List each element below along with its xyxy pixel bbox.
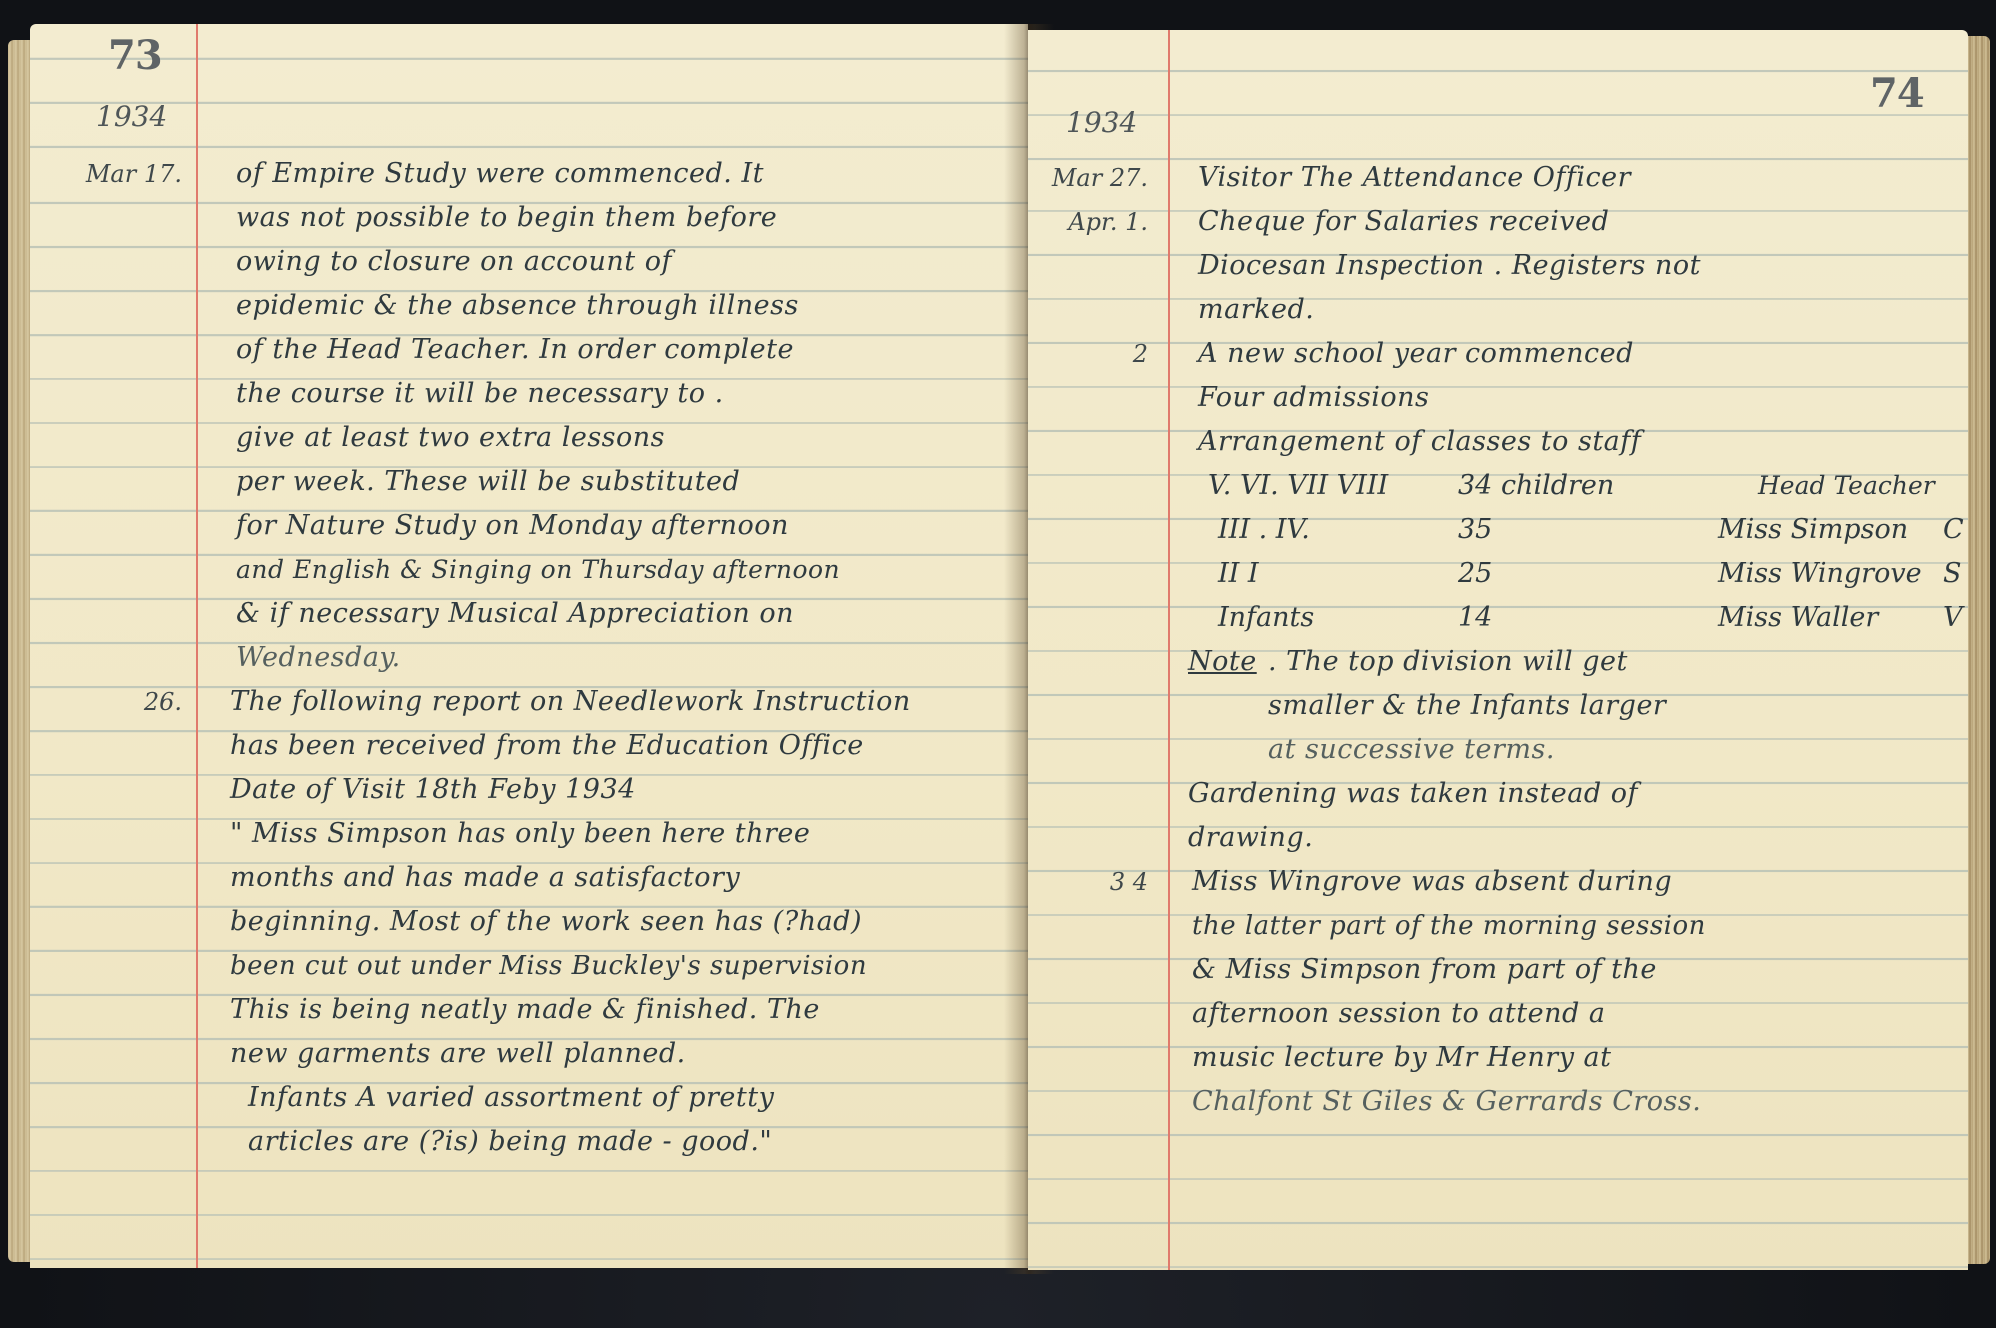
text-line: beginning. Most of the work seen has (?h… — [230, 900, 862, 944]
text-line: & if necessary Musical Appreciation on — [236, 592, 794, 636]
text-line: has been received from the Education Off… — [230, 724, 864, 768]
text-line: " Miss Simpson has only been here three — [230, 812, 810, 856]
teacher-cell: Head Teacher — [1758, 464, 1935, 508]
classes-cell: Infants — [1218, 596, 1314, 640]
text-line: This is being neatly made & finished. Th… — [230, 988, 820, 1032]
text-line: Diocesan Inspection . Registers not — [1198, 244, 1701, 288]
text-line: at successive terms. — [1268, 728, 1555, 772]
text-line: and English & Singing on Thursday aftern… — [236, 548, 840, 592]
text-line: was not possible to begin them before — [236, 196, 777, 240]
red-margin-line — [196, 24, 198, 1268]
text-line: per week. These will be substituted — [236, 460, 740, 504]
count-cell: 35 — [1458, 508, 1492, 552]
code-cell: V — [1943, 596, 1963, 640]
right-page: 74 1934 Mar 27. Visitor The Attendance O… — [1028, 30, 1968, 1270]
text-line: The following report on Needlework Instr… — [230, 680, 911, 724]
text-line: A new school year commenced — [1198, 332, 1634, 376]
classes-cell: II I — [1218, 552, 1259, 596]
text-line: epidemic & the absence through illness — [236, 284, 799, 328]
text-line: Gardening was taken instead of — [1188, 772, 1638, 816]
text-line: Visitor The Attendance Officer — [1198, 156, 1631, 200]
entry-date: Apr. 1. — [1038, 200, 1148, 244]
code-cell: S — [1943, 552, 1962, 596]
page-number: 73 — [108, 32, 162, 79]
teacher-cell: Miss Wingrove — [1718, 552, 1922, 596]
text-line: months and has made a satisfactory — [230, 856, 740, 900]
text-line: afternoon session to attend a — [1192, 992, 1605, 1036]
count-cell: 14 — [1458, 596, 1492, 640]
text-line: the course it will be necessary to . — [236, 372, 724, 416]
year-heading: 1934 — [1066, 106, 1137, 139]
text-line: smaller & the Infants larger — [1268, 684, 1666, 728]
text-line: Arrangement of classes to staff — [1198, 420, 1641, 464]
classes-cell: V. VI. VII VIII — [1208, 464, 1388, 508]
text-line: for Nature Study on Monday afternoon — [236, 504, 789, 548]
text-line: been cut out under Miss Buckley's superv… — [230, 944, 867, 988]
text-line: marked. — [1198, 288, 1314, 332]
entry-date: Mar 27. — [1038, 156, 1148, 200]
entry-date: 26. — [72, 680, 182, 724]
text-line: Cheque for Salaries received — [1198, 200, 1609, 244]
text-line: Date of Visit 18th Feby 1934 — [230, 768, 636, 812]
text-line: of Empire Study were commenced. It — [236, 152, 764, 196]
note-label: Note — [1188, 640, 1257, 684]
count-cell: 25 — [1458, 552, 1492, 596]
code-cell: C — [1943, 508, 1964, 552]
left-page: 73 1934 Mar 17. of Empire Study were com… — [30, 24, 1028, 1268]
text-line: new garments are well planned. — [230, 1032, 686, 1076]
text-line: articles are (?is) being made - good." — [248, 1120, 772, 1164]
count-cell: 34 children — [1458, 464, 1614, 508]
page-number: 74 — [1870, 70, 1924, 117]
entry-date: 2 — [1038, 332, 1148, 376]
text-line: Four admissions — [1198, 376, 1429, 420]
text-line: owing to closure on account of — [236, 240, 672, 284]
text-line: the latter part of the morning session — [1192, 904, 1706, 948]
text-line: music lecture by Mr Henry at — [1192, 1036, 1612, 1080]
text-line: Wednesday. — [236, 636, 401, 680]
text-line: & Miss Simpson from part of the — [1192, 948, 1657, 992]
classes-cell: III . IV. — [1218, 508, 1310, 552]
red-margin-line — [1168, 30, 1170, 1270]
entry-date: 3 4 — [1038, 860, 1148, 904]
teacher-cell: Miss Waller — [1718, 596, 1878, 640]
text-line: . The top division will get — [1268, 640, 1628, 684]
text-line: Miss Wingrove was absent during — [1192, 860, 1672, 904]
text-line: give at least two extra lessons — [236, 416, 665, 460]
entry-date: Mar 17. — [72, 152, 182, 196]
text-line: of the Head Teacher. In order complete — [236, 328, 794, 372]
text-line: Infants A varied assortment of pretty — [248, 1076, 774, 1120]
text-line: drawing. — [1188, 816, 1313, 860]
text-line: Chalfont St Giles & Gerrards Cross. — [1192, 1080, 1701, 1124]
year-heading: 1934 — [96, 100, 167, 133]
teacher-cell: Miss Simpson — [1718, 508, 1908, 552]
